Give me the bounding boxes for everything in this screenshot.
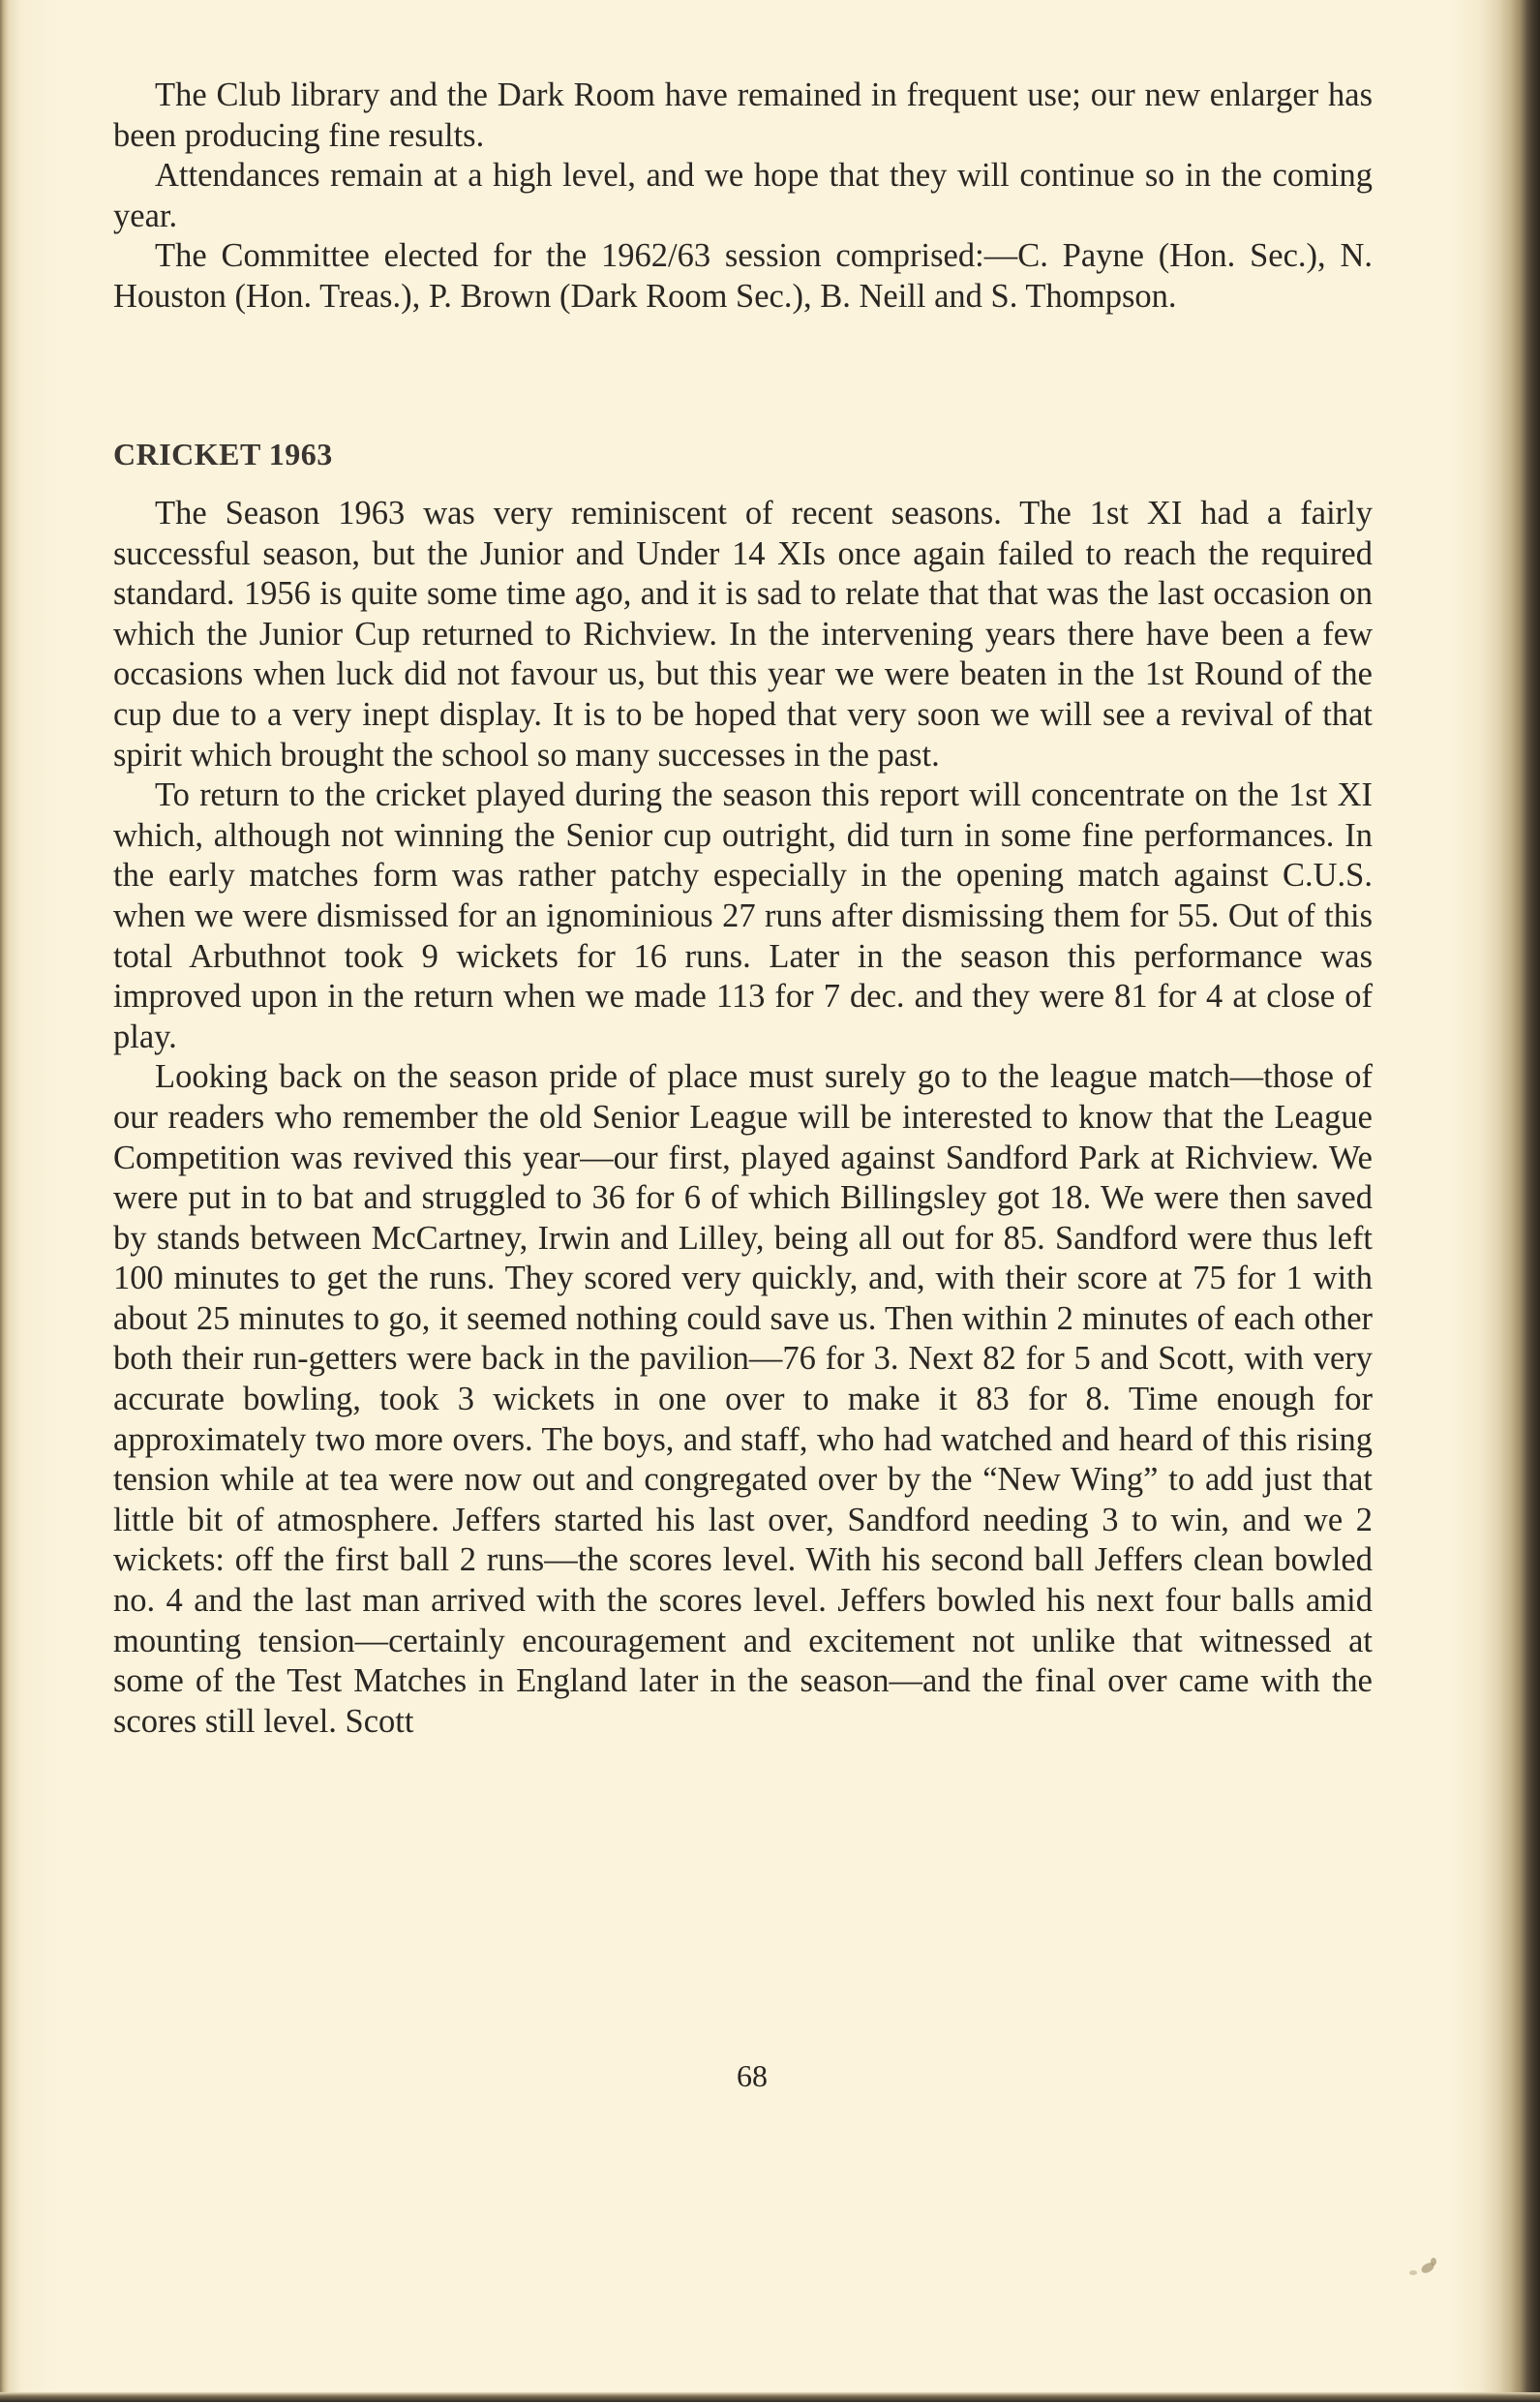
cricket-report: The Season 1963 was very reminiscent of … xyxy=(113,494,1373,1742)
paragraph-first-xi: To return to the cricket played during t… xyxy=(113,775,1373,1057)
section-heading-cricket: CRICKET 1963 xyxy=(113,435,333,473)
paragraph-season-overview: The Season 1963 was very reminiscent of … xyxy=(113,494,1373,775)
photography-club-report: The Club library and the Dark Room have … xyxy=(113,76,1373,318)
page-number: 68 xyxy=(0,2056,1504,2095)
paragraph-league-match: Looking back on the season pride of plac… xyxy=(113,1057,1373,1742)
paragraph-committee: The Committee elected for the 1962/63 se… xyxy=(113,236,1373,317)
paper-blemish xyxy=(1431,2258,1436,2265)
page-bottom-edge xyxy=(0,2392,1540,2402)
book-page: The Club library and the Dark Room have … xyxy=(0,0,1540,2402)
paragraph-attendances: Attendances remain at a high level, and … xyxy=(113,156,1373,236)
paragraph-club-library: The Club library and the Dark Room have … xyxy=(113,76,1373,156)
paper-blemish xyxy=(1409,2270,1417,2275)
